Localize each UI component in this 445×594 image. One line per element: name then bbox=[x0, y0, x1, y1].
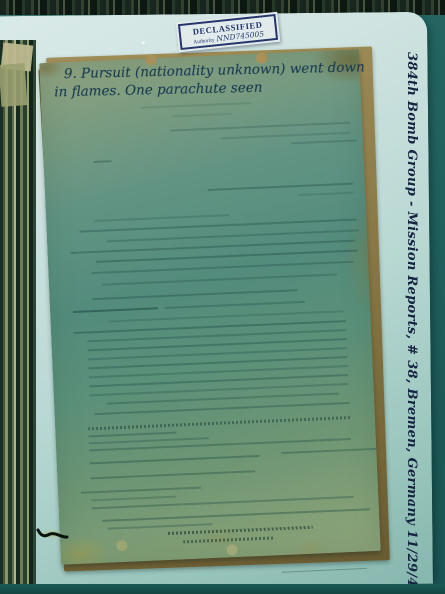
archival-scan-scene: 384th Bomb Group - Mission Reports, # 38… bbox=[0, 0, 445, 594]
faded-typed-line bbox=[102, 273, 337, 285]
faded-typed-line bbox=[221, 132, 351, 140]
folder-crease-line bbox=[282, 568, 367, 573]
faded-typed-line bbox=[108, 523, 213, 530]
authority-label: Authority bbox=[193, 37, 215, 45]
paper-corner bbox=[0, 63, 27, 107]
faded-typed-line bbox=[96, 250, 358, 263]
ink-mark bbox=[36, 524, 70, 546]
faded-typed-line bbox=[81, 487, 201, 494]
faded-typed-line bbox=[208, 183, 353, 191]
faded-typed-line bbox=[281, 448, 376, 454]
faded-typed-line bbox=[90, 455, 260, 464]
faded-typed-line bbox=[141, 102, 251, 109]
background-bottom-edge bbox=[0, 584, 445, 594]
faded-typed-line bbox=[291, 139, 357, 144]
faded-typed-line bbox=[90, 470, 255, 479]
faded-typed-line bbox=[89, 437, 209, 444]
faded-typed-line bbox=[94, 214, 229, 222]
faded-typed-line bbox=[73, 307, 158, 313]
paper-stack-left bbox=[0, 40, 36, 594]
faded-typed-line bbox=[298, 192, 353, 196]
faded-typed-line bbox=[168, 526, 313, 535]
faded-typed-lines bbox=[39, 49, 381, 564]
faded-typed-line bbox=[88, 432, 176, 438]
faded-typed-line bbox=[91, 261, 353, 274]
faded-typed-line bbox=[94, 160, 112, 163]
faded-typed-line bbox=[88, 416, 350, 430]
faded-typed-line bbox=[95, 402, 350, 415]
faded-typed-line bbox=[183, 536, 273, 543]
spine-annotation: 384th Bomb Group - Mission Reports, # 38… bbox=[398, 52, 424, 594]
faded-typed-line bbox=[107, 392, 339, 404]
faded-typed-line bbox=[108, 310, 343, 322]
faded-typed-line bbox=[170, 122, 350, 132]
faded-typed-line bbox=[91, 496, 176, 502]
mission-report-page: 9. Pursuit (nationality unknown) went do… bbox=[39, 49, 381, 564]
faded-typed-line bbox=[172, 113, 232, 118]
faded-typed-line bbox=[165, 301, 305, 309]
faded-typed-line bbox=[102, 508, 370, 522]
faded-typed-line bbox=[93, 289, 298, 300]
